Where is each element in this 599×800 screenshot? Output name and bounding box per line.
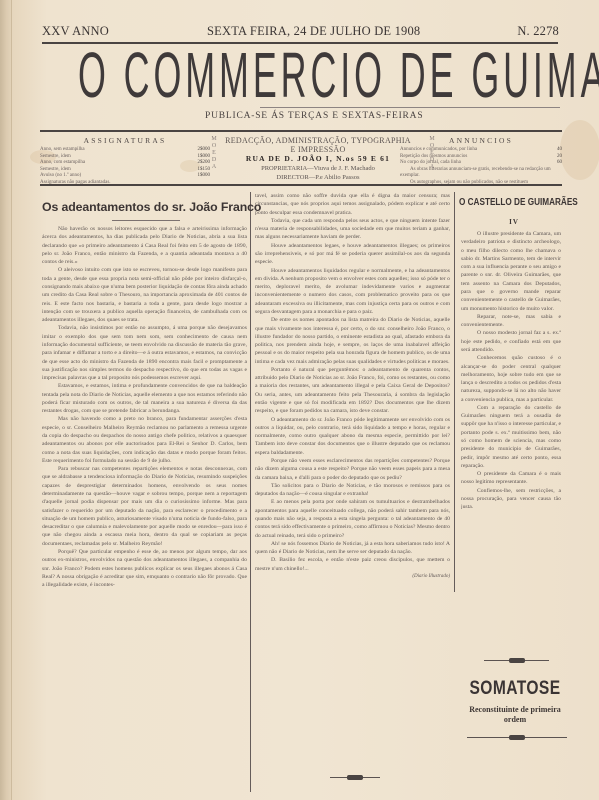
row-label: Avulso (no 1.º anno) — [40, 173, 81, 180]
subscription-row: Semestre, idem1$000 — [40, 154, 210, 161]
advert-title: SOMATOSE — [469, 678, 561, 700]
paragraph: Confiemos-lhe, sem restricções, a nossa … — [461, 487, 561, 512]
paragraph: Ah! se nós fossemos Diario de Noticias, … — [255, 540, 450, 557]
masthead-meta: XXV ANNO SEXTA FEIRA, 24 DE JULHO DE 190… — [42, 24, 559, 39]
adverts-note: As obras litterarias annunciam-se gratis… — [400, 167, 562, 180]
paragraph: O aleivoso intuito com que isto se escre… — [42, 266, 247, 324]
row-value: 40 — [557, 147, 562, 154]
row-value: 2$000 — [198, 147, 211, 154]
paragraph: Houve adeantamentos liquidados regular e… — [255, 267, 450, 317]
paragraph: Reparar, note-se, mas sabia e convenient… — [461, 313, 561, 330]
editorial-line: E IMPRESSÃO — [218, 145, 418, 154]
adverts-heading: ANNUNCIOS — [400, 136, 562, 145]
paragraph: Com a reparação do castello de Guimarães… — [461, 404, 561, 470]
advert-rate-row: Repetição dos mesmos annuncios20 — [400, 154, 562, 161]
adverts-note: Os autographos, sejam ou não publicados,… — [400, 180, 562, 187]
article-title: Os adeantamentos do sr. João Franco — [42, 200, 247, 214]
paragraph: Estavamos, e estamos, intima e profundam… — [42, 382, 247, 415]
paragraph: E ao menos pela porta por onde sahiram o… — [255, 498, 450, 539]
paragraph: Portanto é natural que perguntêmos: o ad… — [255, 366, 450, 416]
row-label: Anno, com estampilha — [40, 160, 85, 167]
row-label: Repetição dos mesmos annuncios — [400, 154, 467, 161]
ornament-divider — [484, 660, 549, 661]
row-value: 1$150 — [198, 167, 211, 174]
chapter-numeral: IV — [459, 218, 569, 226]
paragraph: Mas não havendo como a preto no branco, … — [42, 415, 247, 465]
paragraph: Todavia, que cada um responda pelos seus… — [255, 217, 450, 242]
castello-column: O CASTELLO DE GUIMARÃES IV O illustre pr… — [459, 192, 571, 792]
currency-vertical-label: MOEDA — [211, 136, 217, 171]
year-label: XXV ANNO — [42, 24, 109, 39]
director: DIRECTOR—P.e Abilio Passos — [218, 173, 418, 182]
paragraph: Porque não veem esses esclarecimentos da… — [255, 457, 450, 482]
paragraph: De entre os nomes apontados na lista mat… — [255, 316, 450, 366]
paragraph: Houve adeantamentos legaes, e houve adea… — [255, 242, 450, 267]
subtitle-rule — [260, 107, 560, 108]
paragraph: O presidente da Camara é o mais nosso le… — [461, 470, 561, 487]
newspaper-title: O COMMERCIO DE GUIMARÃES — [78, 45, 369, 105]
masthead-title-wrap: O COMMERCIO DE GUIMARÃES — [78, 45, 598, 107]
row-label: Annuncios e communicados, por linha — [400, 147, 477, 154]
ornament-divider — [330, 777, 380, 778]
row-label: No corpo do jornal, cada linha — [400, 160, 461, 167]
paragraph: O illustre presidente da Camara, um verd… — [461, 230, 561, 313]
paragraph: Todavia, não insistimos por então no ass… — [42, 324, 247, 382]
row-value: 60 — [557, 160, 562, 167]
subscription-note: Assignaturas não pagas adiantadas. — [40, 180, 210, 187]
subscriptions-heading: ASSIGNATURAS — [40, 136, 210, 145]
publication-schedule: PUBLICA-SE ÁS TERÇAS E SEXTAS-FEIRAS — [205, 111, 423, 121]
paragraph: O adeantamento do sr. João Franco póde l… — [255, 416, 450, 457]
row-value: 1$000 — [198, 154, 211, 161]
row-value: 20 — [557, 154, 562, 161]
article-source: (Diario Illustrado) — [255, 573, 450, 581]
paper-stain — [560, 120, 599, 180]
advert-rate-row: Annuncios e communicados, por linha40 — [400, 147, 562, 154]
adverts-section: ANNUNCIOS Annuncios e communicados, por … — [400, 136, 562, 187]
editorial-line: REDACÇÃO, ADMINISTRAÇÃO, TYPOGRAPHIA — [218, 136, 418, 145]
paragraph: tavel, assim como não soffre duvida que … — [255, 192, 450, 217]
paragraph: Tão solicitos para o Diario de Noticias,… — [255, 482, 450, 499]
paragraph: Para rebuscar nas competentes repartiçõe… — [42, 465, 247, 548]
row-value: 2$200 — [198, 160, 211, 167]
row-label: Anno, sem estampilha — [40, 147, 85, 154]
editorial-section: REDACÇÃO, ADMINISTRAÇÃO, TYPOGRAPHIA E I… — [218, 136, 418, 182]
paragraph: O nosso modesto jornal faz a s. ex.ª hoj… — [461, 329, 561, 354]
title-rule — [112, 220, 180, 221]
paragraph: Porquê? Que particular empenho é esse de… — [42, 548, 247, 589]
subscription-row: Anno, sem estampilha2$000 — [40, 147, 210, 154]
row-label: Semestre, idem — [40, 154, 71, 161]
subscription-row: Anno, com estampilha2$200 — [40, 160, 210, 167]
ornament-divider — [467, 737, 567, 738]
content-columns: Os adeantamentos do sr. João Franco Não … — [40, 192, 562, 792]
paragraph: D. Basilio fez escola, e então n'este pa… — [255, 556, 450, 573]
advert-subtitle: Reconstituinte de primeira ordem — [459, 705, 571, 725]
info-box: ASSIGNATURAS Anno, sem estampilha2$000 S… — [40, 130, 562, 186]
binding-edge — [0, 0, 12, 800]
subscriptions-section: ASSIGNATURAS Anno, sem estampilha2$000 S… — [40, 136, 210, 187]
advert-rate-row: No corpo do jornal, cada linha60 — [400, 160, 562, 167]
castello-title: O CASTELLO DE GUIMARÃES — [459, 196, 546, 208]
article-column-1: Não haverão os nossos leitores esquecido… — [42, 225, 247, 785]
proprietor: PROPRIETARIA—Viuva de J. F. Machado — [218, 164, 418, 173]
row-value: 1$000 — [198, 173, 211, 180]
editorial-address: RUA DE D. JOÃO I, N.os 59 E 61 — [218, 154, 418, 164]
paragraph: Não haverão os nossos leitores esquecido… — [42, 225, 247, 266]
castello-text: O illustre presidente da Camara, um verd… — [461, 230, 561, 630]
subscription-row: Avulso (no 1.º anno)1$000 — [40, 173, 210, 180]
article-column-2: tavel, assim como não soffre duvida que … — [255, 192, 450, 757]
issue-date: SEXTA FEIRA, 24 DE JULHO DE 1908 — [207, 24, 420, 39]
issue-number: N. 2278 — [517, 24, 559, 39]
paragraph: Conhecemos quão custoso é o alcançar-se … — [461, 354, 561, 404]
column-divider — [454, 192, 455, 592]
column-divider — [250, 192, 251, 792]
